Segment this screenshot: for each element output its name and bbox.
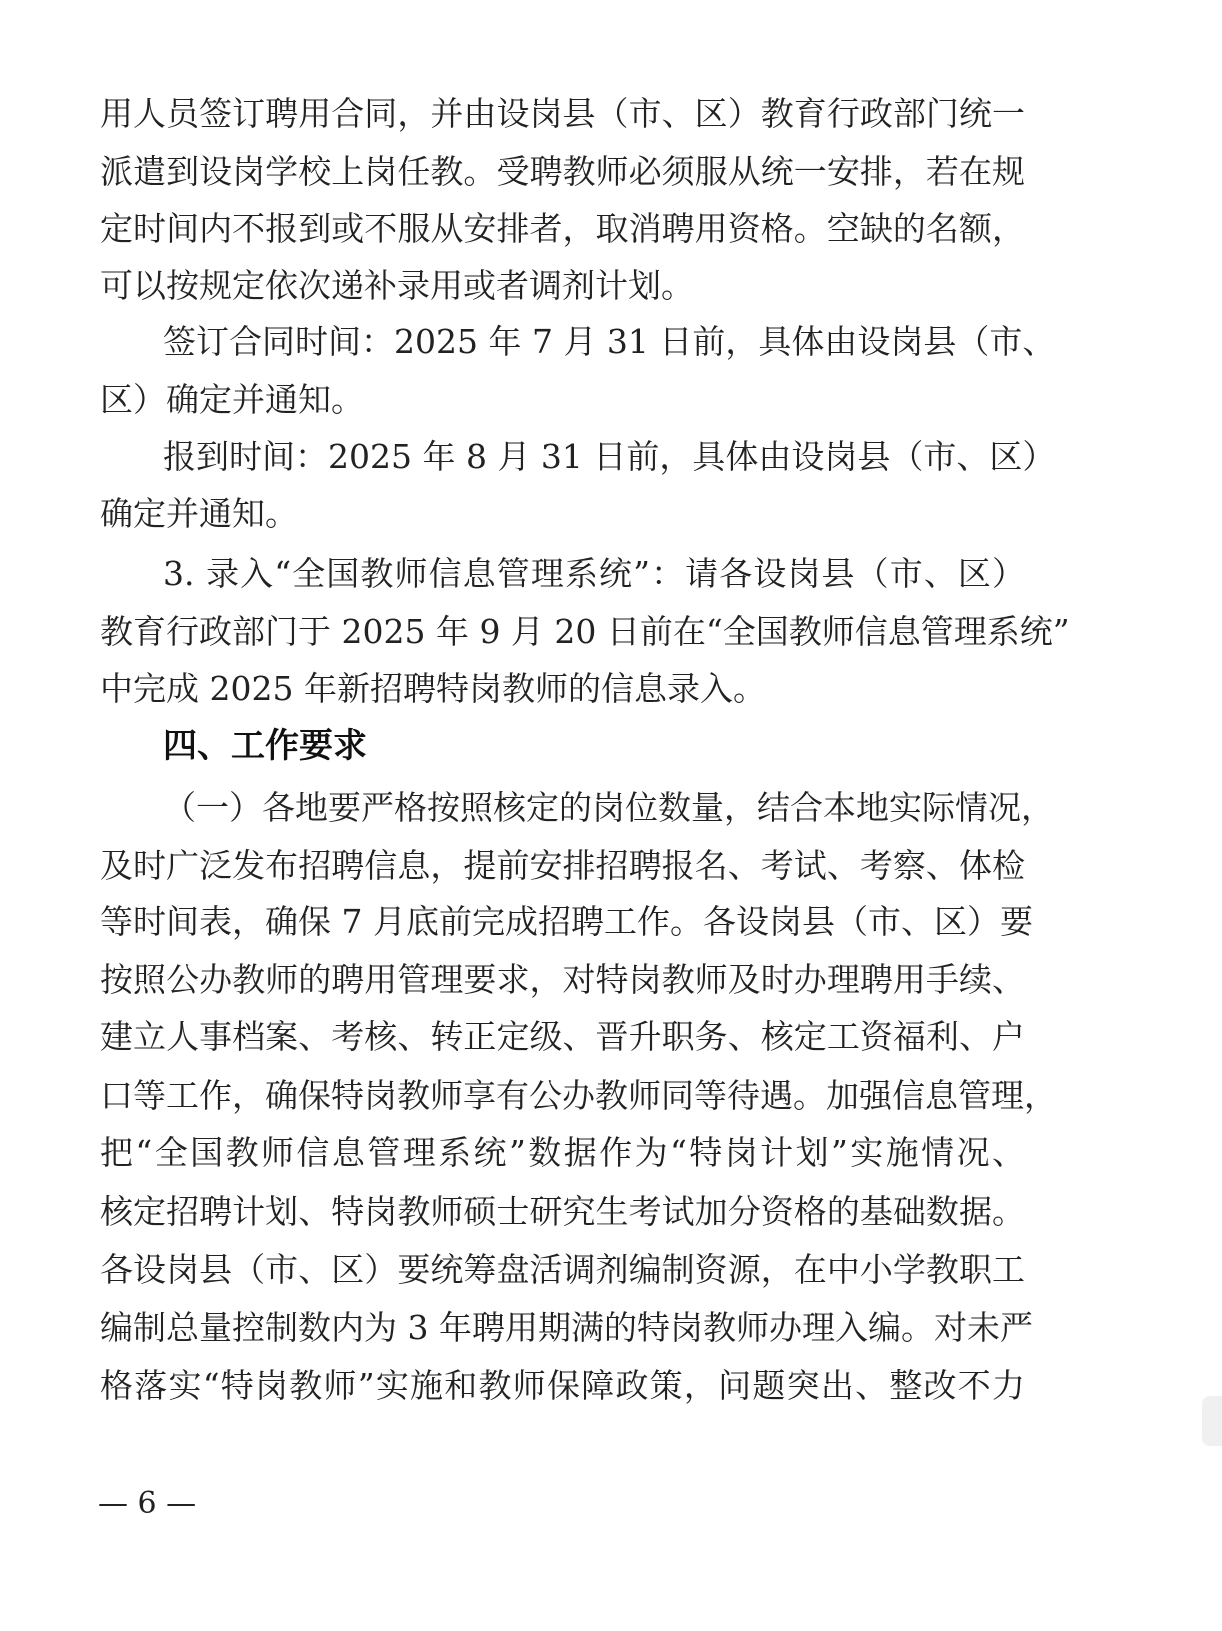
body-line: 中完成 2025 年新招聘特岗教师的信息录入。 — [100, 666, 1025, 712]
body-line: 按照公办教师的聘用管理要求，对特岗教师及时办理聘用手续、 — [100, 957, 1025, 1003]
document-page: 用人员签订聘用合同，并由设岗县（市、区）教育行政部门统一 派遣到设岗学校上岗任教… — [0, 0, 1222, 1631]
body-line: 核定招聘计划、特岗教师硕士研究生考试加分资格的基础数据。 — [100, 1189, 1025, 1235]
body-line: 把“全国教师信息管理系统”数据作为“特岗计划”实施情况、 — [100, 1130, 1025, 1176]
section-heading: 四、工作要求 — [163, 723, 367, 769]
report-date-line: 报到时间：2025 年 8 月 31 日前，具体由设岗县（市、区） — [163, 434, 1025, 480]
page-number: — 6 — — [98, 1484, 196, 1524]
body-line: 口等工作，确保特岗教师享有公办教师同等待遇。加强信息管理， — [100, 1073, 1025, 1119]
body-line: 定时间内不报到或不服从安排者，取消聘用资格。空缺的名额， — [100, 206, 1025, 252]
body-line: 格落实“特岗教师”实施和教师保障政策，问题突出、整改不力 — [100, 1363, 1025, 1409]
item-3-line: 3. 录入“全国教师信息管理系统”：请各设岗县（市、区） — [163, 551, 1025, 597]
body-line: 派遣到设岗学校上岗任教。受聘教师必须服从统一安排，若在规 — [100, 149, 1025, 195]
scrollbar-thumb[interactable] — [1202, 1396, 1222, 1446]
body-line: 教育行政部门于 2025 年 9 月 20 日前在“全国教师信息管理系统” — [100, 609, 1025, 655]
body-line: 建立人事档案、考核、转正定级、晋升职务、核定工资福利、户 — [100, 1014, 1025, 1060]
contract-date-line: 签订合同时间：2025 年 7 月 31 日前，具体由设岗县（市、 — [163, 319, 1025, 365]
body-line: 及时广泛发布招聘信息，提前安排招聘报名、考试、考察、体检 — [100, 843, 1025, 889]
body-line: 编制总量控制数内为 3 年聘用期满的特岗教师办理入编。对未严 — [100, 1305, 1025, 1351]
body-line: 区）确定并通知。 — [100, 377, 1025, 423]
body-line: 可以按规定依次递补录用或者调剂计划。 — [100, 263, 1025, 309]
paragraph-1-line: （一）各地要严格按照核定的岗位数量，结合本地实际情况， — [163, 785, 1025, 831]
body-line: 各设岗县（市、区）要统筹盘活调剂编制资源，在中小学教职工 — [100, 1247, 1025, 1293]
body-line: 确定并通知。 — [100, 491, 1025, 537]
body-line: 用人员签订聘用合同，并由设岗县（市、区）教育行政部门统一 — [100, 91, 1025, 137]
body-line: 等时间表，确保 7 月底前完成招聘工作。各设岗县（市、区）要 — [100, 899, 1025, 945]
